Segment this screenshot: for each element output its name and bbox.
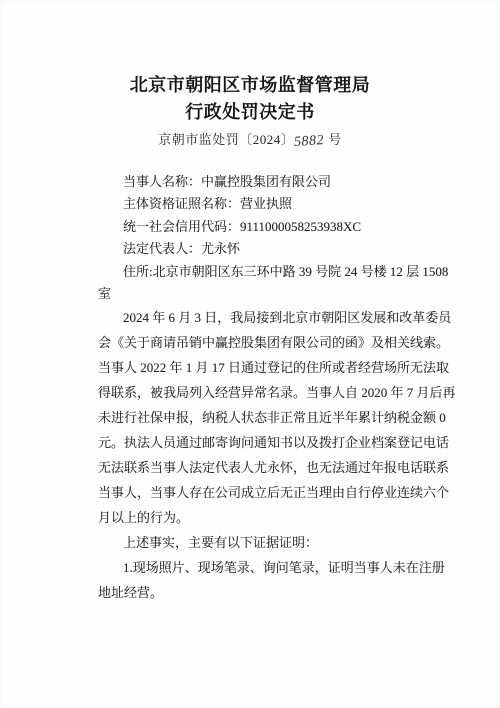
document-line: 住所:北京市朝阳区东三环中路 39 号院 24 号楼 12 层 1508 bbox=[98, 261, 440, 283]
document-line: 元。执法人员通过邮寄询问通知书以及拨打企业档案登记电话 bbox=[98, 430, 440, 455]
case-number-handwritten: 5882 bbox=[294, 132, 325, 152]
document-line: 无法联系当事人法定代表人尤永怀，也无法通过年报电话联系 bbox=[98, 455, 440, 480]
document-header: 北京市朝阳区市场监督管理局 行政处罚决定书 京朝市监处罚〔2024〕5882号 bbox=[0, 0, 500, 150]
document-body: 当事人名称：中赢控股集团有限公司主体资格证照名称：营业执照统一社会信用代码：91… bbox=[98, 171, 440, 605]
document-type-title: 行政处罚决定书 bbox=[0, 99, 500, 126]
document-line: 地址经营。 bbox=[98, 580, 440, 605]
document-page: 北京市朝阳区市场监督管理局 行政处罚决定书 京朝市监处罚〔2024〕5882号 … bbox=[0, 0, 500, 708]
document-line: 统一社会信用代码：9111000058253938XC bbox=[98, 216, 440, 238]
case-number-suffix: 号 bbox=[328, 132, 342, 147]
document-line: 会《关于商请吊销中赢控股集团有限公司的函》及相关线索。 bbox=[98, 330, 440, 355]
document-line: 当事人 2022 年 1 月 17 日通过登记的住所或者经营场所无法取 bbox=[98, 355, 440, 380]
document-line: 当事人名称：中赢控股集团有限公司 bbox=[98, 171, 440, 193]
issuing-authority-title: 北京市朝阳区市场监督管理局 bbox=[0, 72, 500, 99]
document-line: 未进行社保申报，纳税人状态非正常且近半年累计纳税金额 0 bbox=[98, 405, 440, 430]
document-line: 月以上的行为。 bbox=[98, 505, 440, 530]
document-line: 上述事实，主要有以下证据证明： bbox=[98, 530, 440, 555]
case-number-prefix: 京朝市监处罚〔2024〕 bbox=[158, 132, 294, 147]
document-line: 得联系，被我局列入经营异常名录。当事人自 2020 年 7 月后再 bbox=[98, 380, 440, 405]
case-number: 京朝市监处罚〔2024〕5882号 bbox=[0, 131, 500, 150]
document-line: 1.现场照片、现场笔录、询问笔录，证明当事人未在注册 bbox=[98, 555, 440, 580]
document-line: 室 bbox=[98, 283, 440, 305]
document-line: 当事人，当事人存在公司成立后无正当理由自行停业连续六个 bbox=[98, 480, 440, 505]
document-line: 法定代表人：尤永怀 bbox=[98, 238, 440, 260]
document-line: 2024 年 6 月 3 日，我局接到北京市朝阳区发展和改革委员 bbox=[98, 305, 440, 330]
document-line: 主体资格证照名称：营业执照 bbox=[98, 193, 440, 215]
